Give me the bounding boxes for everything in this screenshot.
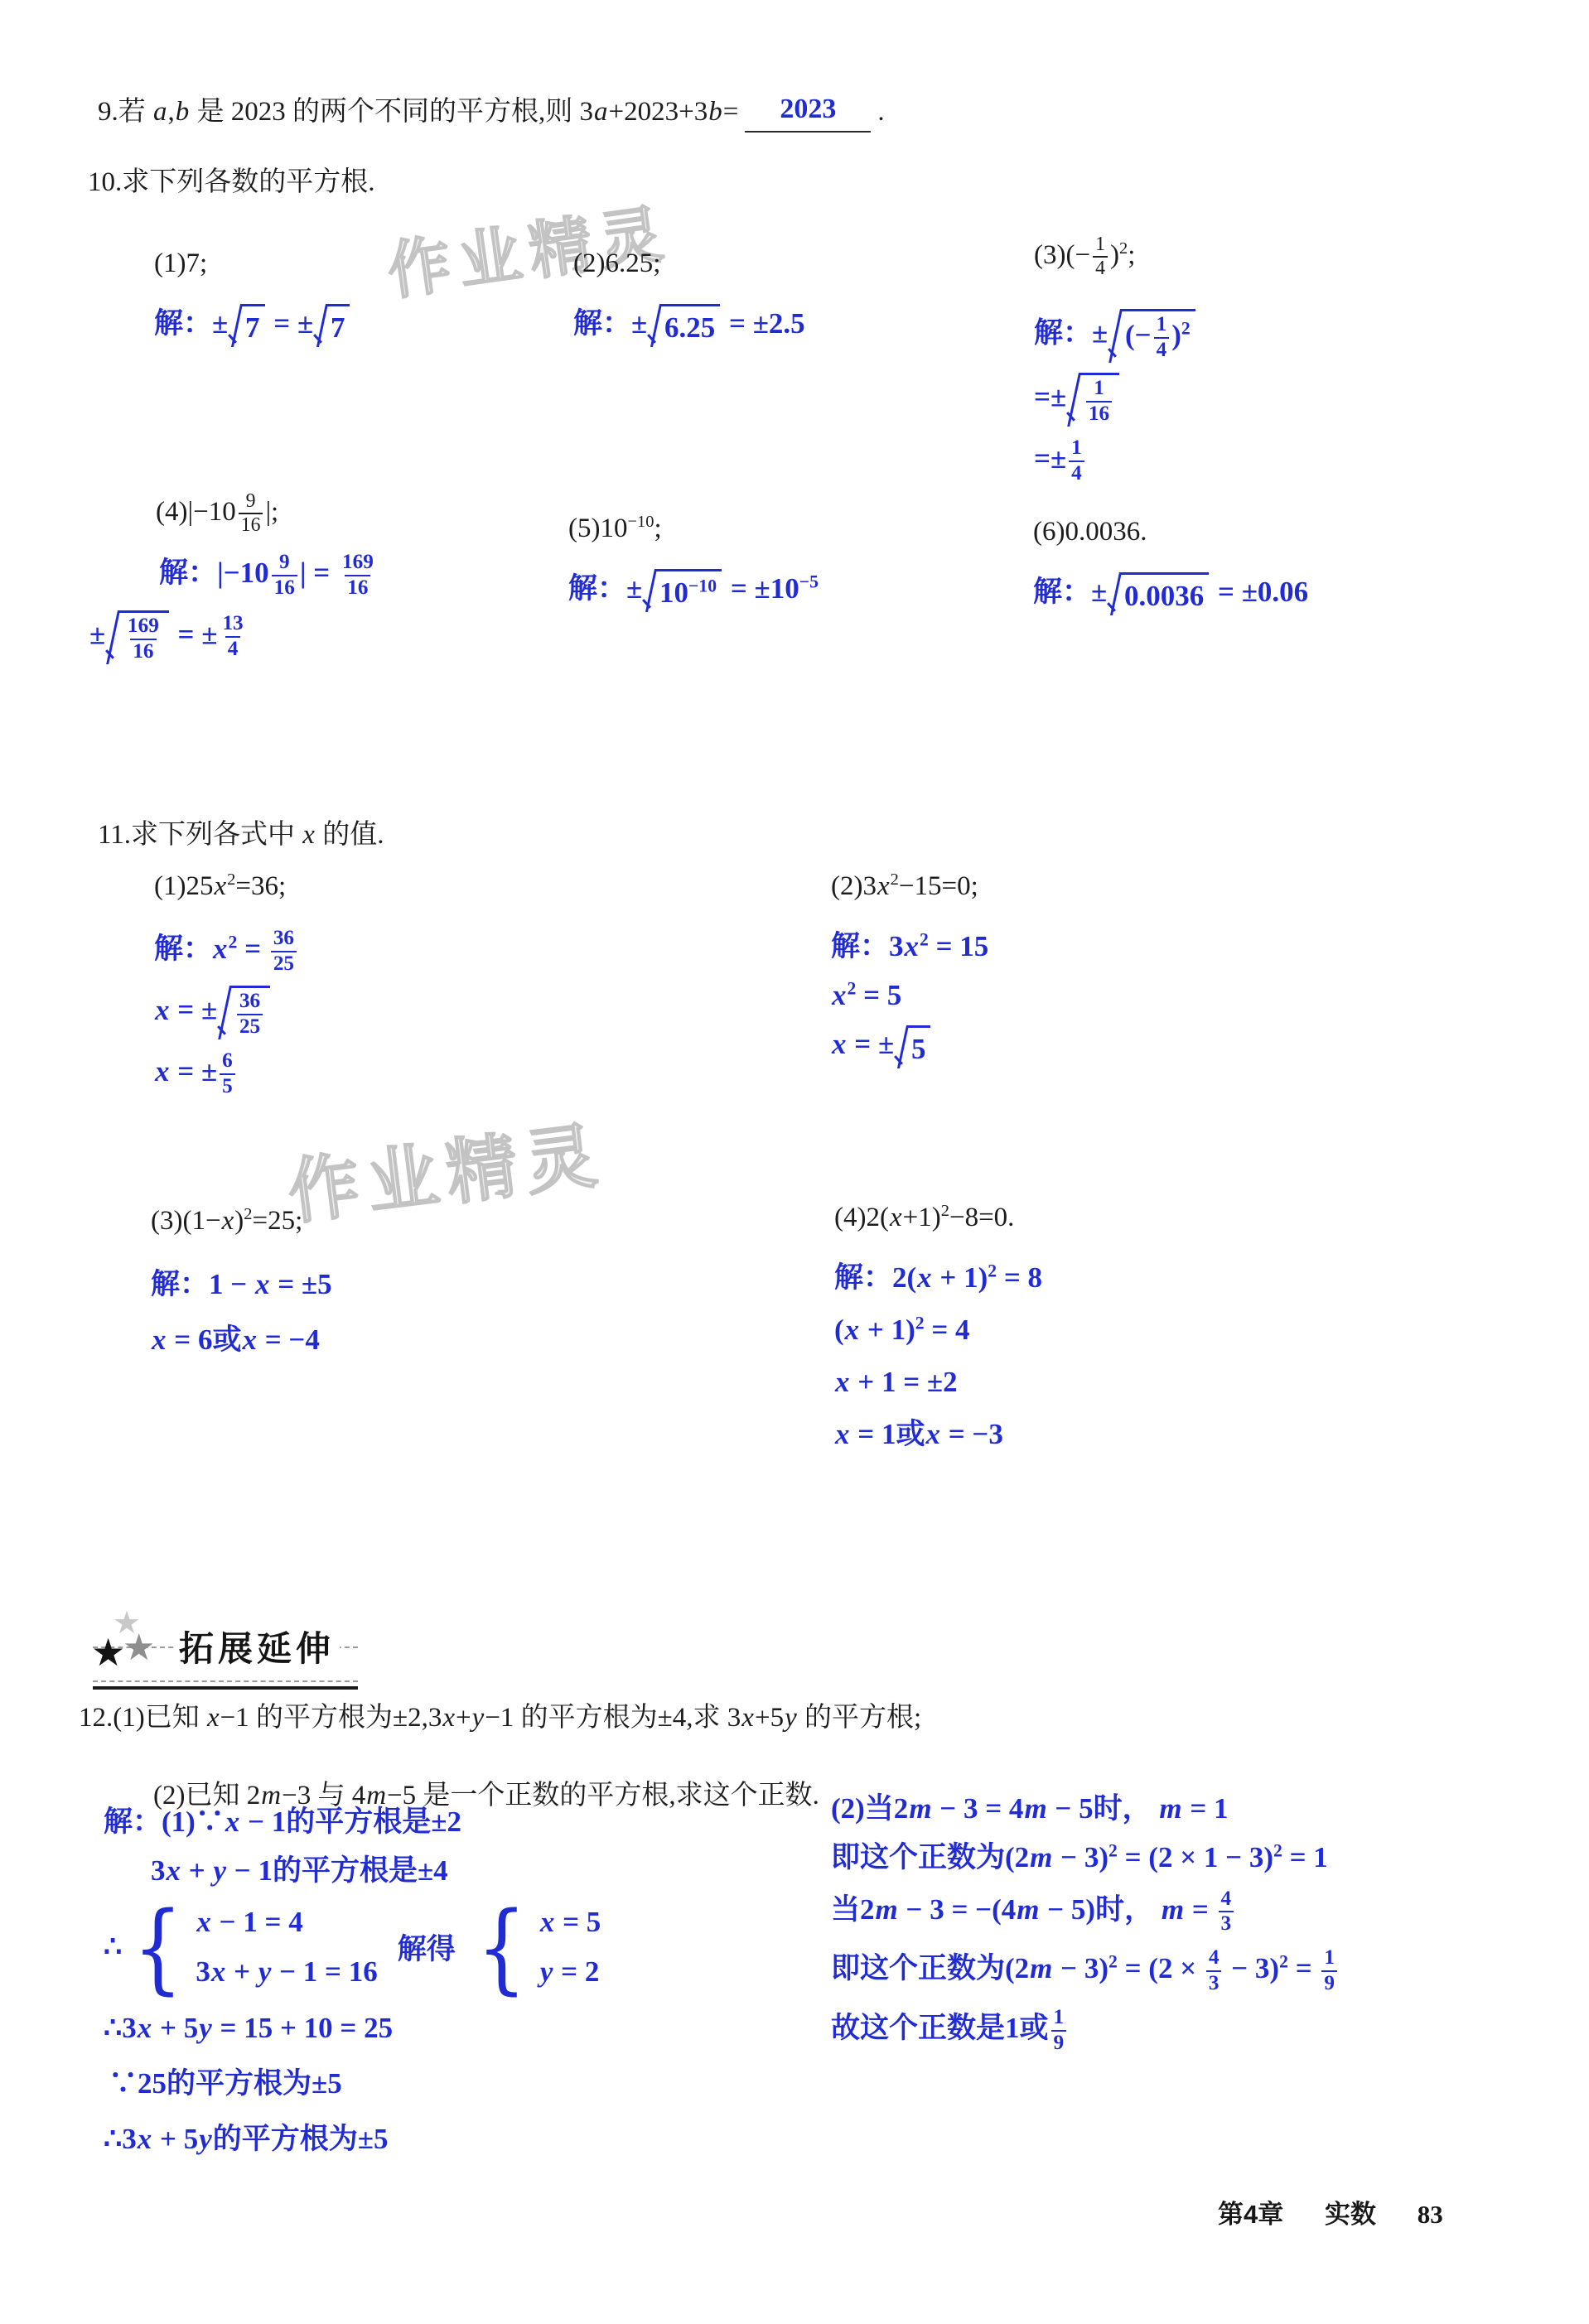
solution-line: 解：3x2 = 15 (831, 927, 988, 966)
solution-line: 解：±6.25 = ±2.5 (573, 304, 805, 348)
solve-label: 解得 (398, 1926, 456, 1968)
solution-line: =±14 (1034, 436, 1197, 486)
question: (1)7; (154, 245, 351, 282)
solution-line: 当2m − 3 = −(4m − 5)时， m = 43 (831, 1888, 1577, 1937)
problem-9: 9.若 a,b 是 2023 的两个不同的平方根,则 3a+2023+3b=20… (98, 93, 1523, 133)
solution-line: 解：±0.0036 = ±0.06 (1033, 572, 1308, 616)
problem-10-item-5: (5)10−10; 解：±10−10 = ±10−5 (568, 510, 819, 613)
problem-10-item-6: (6)0.0036. 解：±0.0036 = ±0.06 (1033, 513, 1308, 616)
question: (3)(−14)2; (1034, 234, 1197, 281)
solution-line: 即这个正数为(2m − 3)2 = (2 × 43 − 3)2 = 19 (831, 1946, 1577, 1996)
therefore-symbol: ∴ (104, 1931, 122, 1964)
question: (6)0.0036. (1033, 513, 1308, 551)
question: (4)2(x+1)2−8=0. (834, 1199, 1042, 1237)
section-header-expansion: ★ ★ ★ 拓展延伸 (93, 1618, 358, 1690)
problem-10-item-3: (3)(−14)2; 解：±(−14)2 =±116 =±14 (1034, 234, 1197, 485)
system-equation: 3x + y − 1 = 16 (196, 1955, 377, 1989)
solution-line: 解：±7 = ±7 (154, 304, 351, 348)
question: (3)(1−x)2=25; (151, 1203, 332, 1240)
question: (5)10−10; (568, 510, 819, 547)
page-number: 83 (1418, 2200, 1443, 2229)
question: (4)|−10916|; (156, 490, 379, 538)
solution-line: ±16916 = ±134 (89, 610, 379, 664)
solution-line: x = ±3625 (154, 986, 299, 1039)
left-brace: { (133, 1901, 183, 1994)
solution-line: (x + 1)2 = 4 (834, 1310, 1042, 1349)
solution-line: 解：1 − x = ±5 (151, 1265, 332, 1304)
solution-line: x = ±65 (154, 1049, 299, 1099)
solution-line: ∴3x + 5y = 15 + 10 = 25 (104, 2008, 816, 2047)
problem-9-answer: 2023 (780, 94, 836, 124)
solution-line: 即这个正数为(2m − 3)2 = (2 × 1 − 3)2 = 1 (831, 1838, 1577, 1877)
solution-line: 解：2(x + 1)2 = 8 (834, 1258, 1042, 1297)
subject-label: 实数 (1325, 2200, 1376, 2229)
section-title: 拓展延伸 (174, 1622, 340, 1671)
solution-12-part2: (2)当2m − 3 = 4m − 5时， m = 1 即这个正数为(2m − … (831, 1789, 1577, 2056)
problem-11-title: 11.求下列各式中 x 的值. (98, 817, 384, 854)
solution-line: 解：±(−14)2 (1034, 309, 1197, 363)
page-footer: 第4章 实数 83 (1218, 2193, 1443, 2230)
star-icon: ★ (91, 1633, 125, 1671)
solution-line: 解：x2 = 3625 (154, 927, 299, 976)
question: (2)3x2−15=0; (831, 868, 988, 905)
solution-line: 解：±10−10 = ±10−5 (568, 569, 819, 613)
question: (1)25x2=36; (154, 868, 299, 905)
problem-11-item-4: (4)2(x+1)2−8=0. 解：2(x + 1)2 = 8 (x + 1)2… (834, 1199, 1042, 1454)
problem-9-stem: 9.若 a,b 是 2023 的两个不同的平方根,则 3a+2023+3b= (98, 97, 738, 127)
solution-line: ∴3x + 5y的平方根为±5 (104, 2119, 816, 2158)
solution-line: 解：(1)∵x − 1的平方根是±2 (104, 1802, 816, 1841)
problem-9-period: . (877, 97, 884, 127)
solution-12-part1: 解：(1)∵x − 1的平方根是±2 3x + y − 1的平方根是±4 ∴ {… (104, 1802, 816, 2158)
stars-icon: ★ ★ ★ (93, 1613, 169, 1686)
solution-line: x + 1 = ±2 (834, 1362, 1042, 1401)
equation-system: ∴ { x − 1 = 4 3x + y − 1 = 16 解得 { x = 5… (104, 1901, 816, 1994)
solution-line: x = 1或x = −3 (834, 1415, 1042, 1454)
solution-line: =±116 (1034, 373, 1197, 427)
problem-10-item-2: (2)6.25; 解：±6.25 = ±2.5 (573, 245, 805, 348)
solution-line: 故这个正数是1或19 (831, 2006, 1577, 2056)
solution-line: (2)当2m − 3 = 4m − 5时， m = 1 (831, 1789, 1577, 1828)
problem-11-item-2: (2)3x2−15=0; 解：3x2 = 15 x2 = 5 x = ±5 (831, 868, 988, 1068)
question: (2)6.25; (573, 245, 805, 282)
answer-blank: 2023 (745, 93, 871, 133)
system-equation: x − 1 = 4 (196, 1906, 377, 1939)
left-brace: { (476, 1901, 526, 1994)
solution-line: 解：|−10916| = 16916 (159, 551, 379, 600)
chapter-label: 第4章 (1218, 2200, 1283, 2229)
solution-line: 3x + y − 1的平方根是±4 (151, 1851, 816, 1890)
problem-11-item-1: (1)25x2=36; 解：x2 = 3625 x = ±3625 x = ±6… (154, 868, 299, 1099)
solution-line: ∵25的平方根为±5 (109, 2064, 816, 2103)
problem-11-item-3: (3)(1−x)2=25; 解：1 − x = ±5 x = 6或x = −4 (151, 1203, 332, 1359)
problem-10-title: 10.求下列各数的平方根. (88, 164, 375, 201)
workbook-page: 作业精灵 作业精灵 9.若 a,b 是 2023 的两个不同的平方根,则 3a+… (0, 0, 1589, 2324)
star-icon: ★ (123, 1630, 155, 1666)
solution-line: x = ±5 (831, 1025, 988, 1068)
solution-line: x = 6或x = −4 (151, 1320, 332, 1359)
system-solution: x = 5 (539, 1906, 601, 1939)
problem-10-item-1: (1)7; 解：±7 = ±7 (154, 245, 351, 348)
problem-10-item-4: (4)|−10916|; 解：|−10916| = 16916 ±16916 =… (89, 490, 379, 664)
system-solution: y = 2 (539, 1955, 601, 1989)
problem-12-line1: 12.(1)已知 x−1 的平方根为±2,3x+y−1 的平方根为±4,求 3x… (79, 1700, 1537, 1737)
solution-line: x2 = 5 (831, 976, 988, 1015)
